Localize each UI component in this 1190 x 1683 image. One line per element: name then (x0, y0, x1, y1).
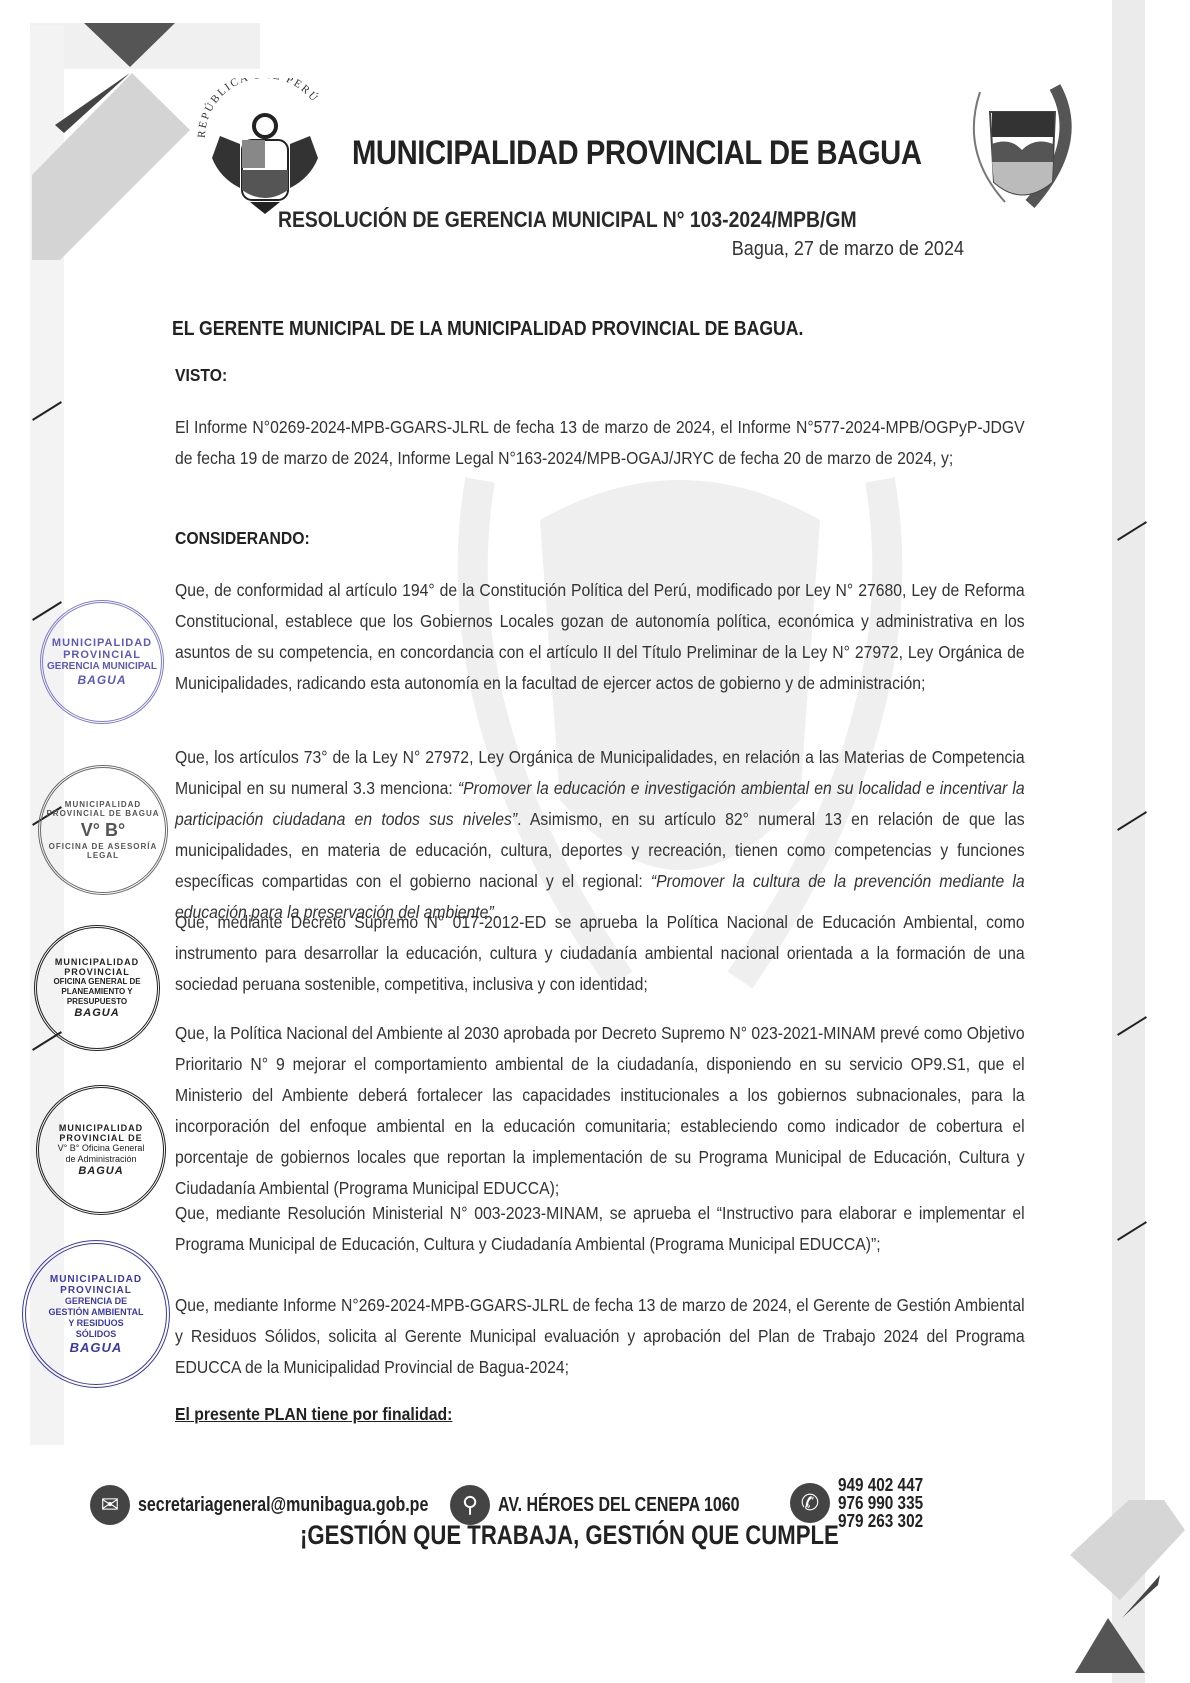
considerando-heading: CONSIDERANDO: (175, 528, 310, 549)
bagua-coat-of-arms-icon (960, 82, 1080, 212)
location-pin-icon: ⚲ (450, 1485, 490, 1525)
stamp-planeamiento-presupuesto: MUNICIPALIDAD PROVINCIAL OFICINA GENERAL… (34, 925, 160, 1051)
resolution-title: RESOLUCIÓN DE GERENCIA MUNICIPAL N° 103-… (278, 207, 857, 233)
considerando-paragraph-6: Que, mediante Informe N°269-2024-MPB-GGA… (175, 1290, 1025, 1383)
plan-purpose-heading: El presente PLAN tiene por finalidad: (175, 1404, 452, 1425)
svg-text:REPÚBLICA DEL PERÚ: REPÚBLICA DEL PERÚ (196, 78, 321, 138)
considerando-paragraph-2: Que, los artículos 73° de la Ley N° 2797… (175, 742, 1025, 928)
considerando-paragraph-4: Que, la Política Nacional del Ambiente a… (175, 1018, 1025, 1204)
decorative-band-right (1112, 0, 1145, 1683)
stamp-asesoria-legal: MUNICIPALIDAD PROVINCIAL DE BAGUA V° B° … (38, 765, 168, 895)
phone-number: 949 402 447 (838, 1476, 923, 1494)
envelope-icon: ✉ (90, 1485, 130, 1525)
document-date: Bagua, 27 de marzo de 2024 (732, 238, 964, 261)
footer-address: ⚲ AV. HÉROES DEL CENEPA 1060 (450, 1485, 800, 1525)
visto-heading: VISTO: (175, 365, 227, 386)
phone-icon: ✆ (790, 1483, 830, 1523)
footer-email: ✉ secretariageneral@munibagua.gob.pe (90, 1485, 501, 1525)
institution-name: MUNICIPALIDAD PROVINCIAL DE BAGUA (352, 134, 922, 173)
stamp-administracion: MUNICIPALIDAD PROVINCIAL DE V° B° Oficin… (36, 1085, 166, 1215)
stamp-gerencia-municipal: MUNICIPALIDAD PROVINCIAL GERENCIA MUNICI… (40, 600, 164, 724)
considerando-paragraph-3: Que, mediante Decreto Supremo N° 017-201… (175, 907, 1025, 1000)
issuer-heading: EL GERENTE MUNICIPAL DE LA MUNICIPALIDAD… (172, 318, 803, 341)
stamp-gestion-ambiental: MUNICIPALIDAD PROVINCIAL GERENCIA DE GES… (22, 1240, 170, 1388)
phone-number: 976 990 335 (838, 1494, 923, 1512)
visto-paragraph: El Informe N°0269-2024-MPB-GGARS-JLRL de… (175, 412, 1025, 474)
footer-slogan: ¡GESTIÓN QUE TRABAJA, GESTIÓN QUE CUMPLE (300, 1520, 839, 1551)
considerando-paragraph-5: Que, mediante Resolución Ministerial N° … (175, 1198, 1025, 1260)
phone-number: 979 263 302 (838, 1512, 923, 1530)
peru-coat-of-arms-icon: REPÚBLICA DEL PERÚ (190, 78, 340, 218)
decorative-corner-bottom-right (1000, 1500, 1190, 1683)
email-link[interactable]: secretariageneral@munibagua.gob.pe (138, 1494, 428, 1517)
considerando-paragraph-1: Que, de conformidad al artículo 194° de … (175, 575, 1025, 699)
